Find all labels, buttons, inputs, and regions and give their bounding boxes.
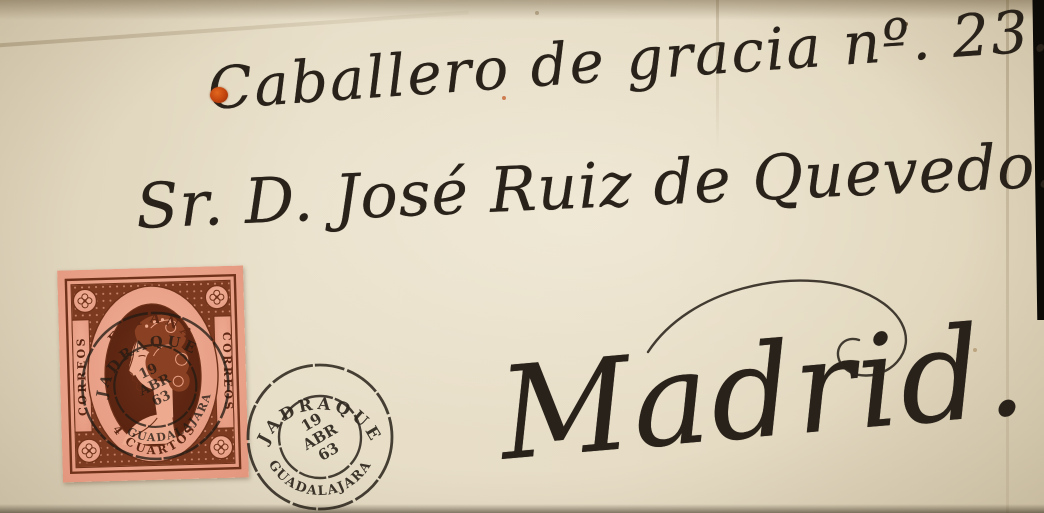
photo-of-postal-cover: Caballero de gracia nº. 23. Sr. D. José … [0,0,1044,513]
postage-stamp: CORREOS CORREOS ESPAÑA 4 CUAR [57,265,249,482]
postmark-datestamp: JADRAQUE GUADALAJARA 19 ABR 63 [240,359,400,513]
red-wax-dot [210,87,228,103]
envelope-bottom-shadow [0,504,1044,513]
paper-specks [0,0,2,2]
